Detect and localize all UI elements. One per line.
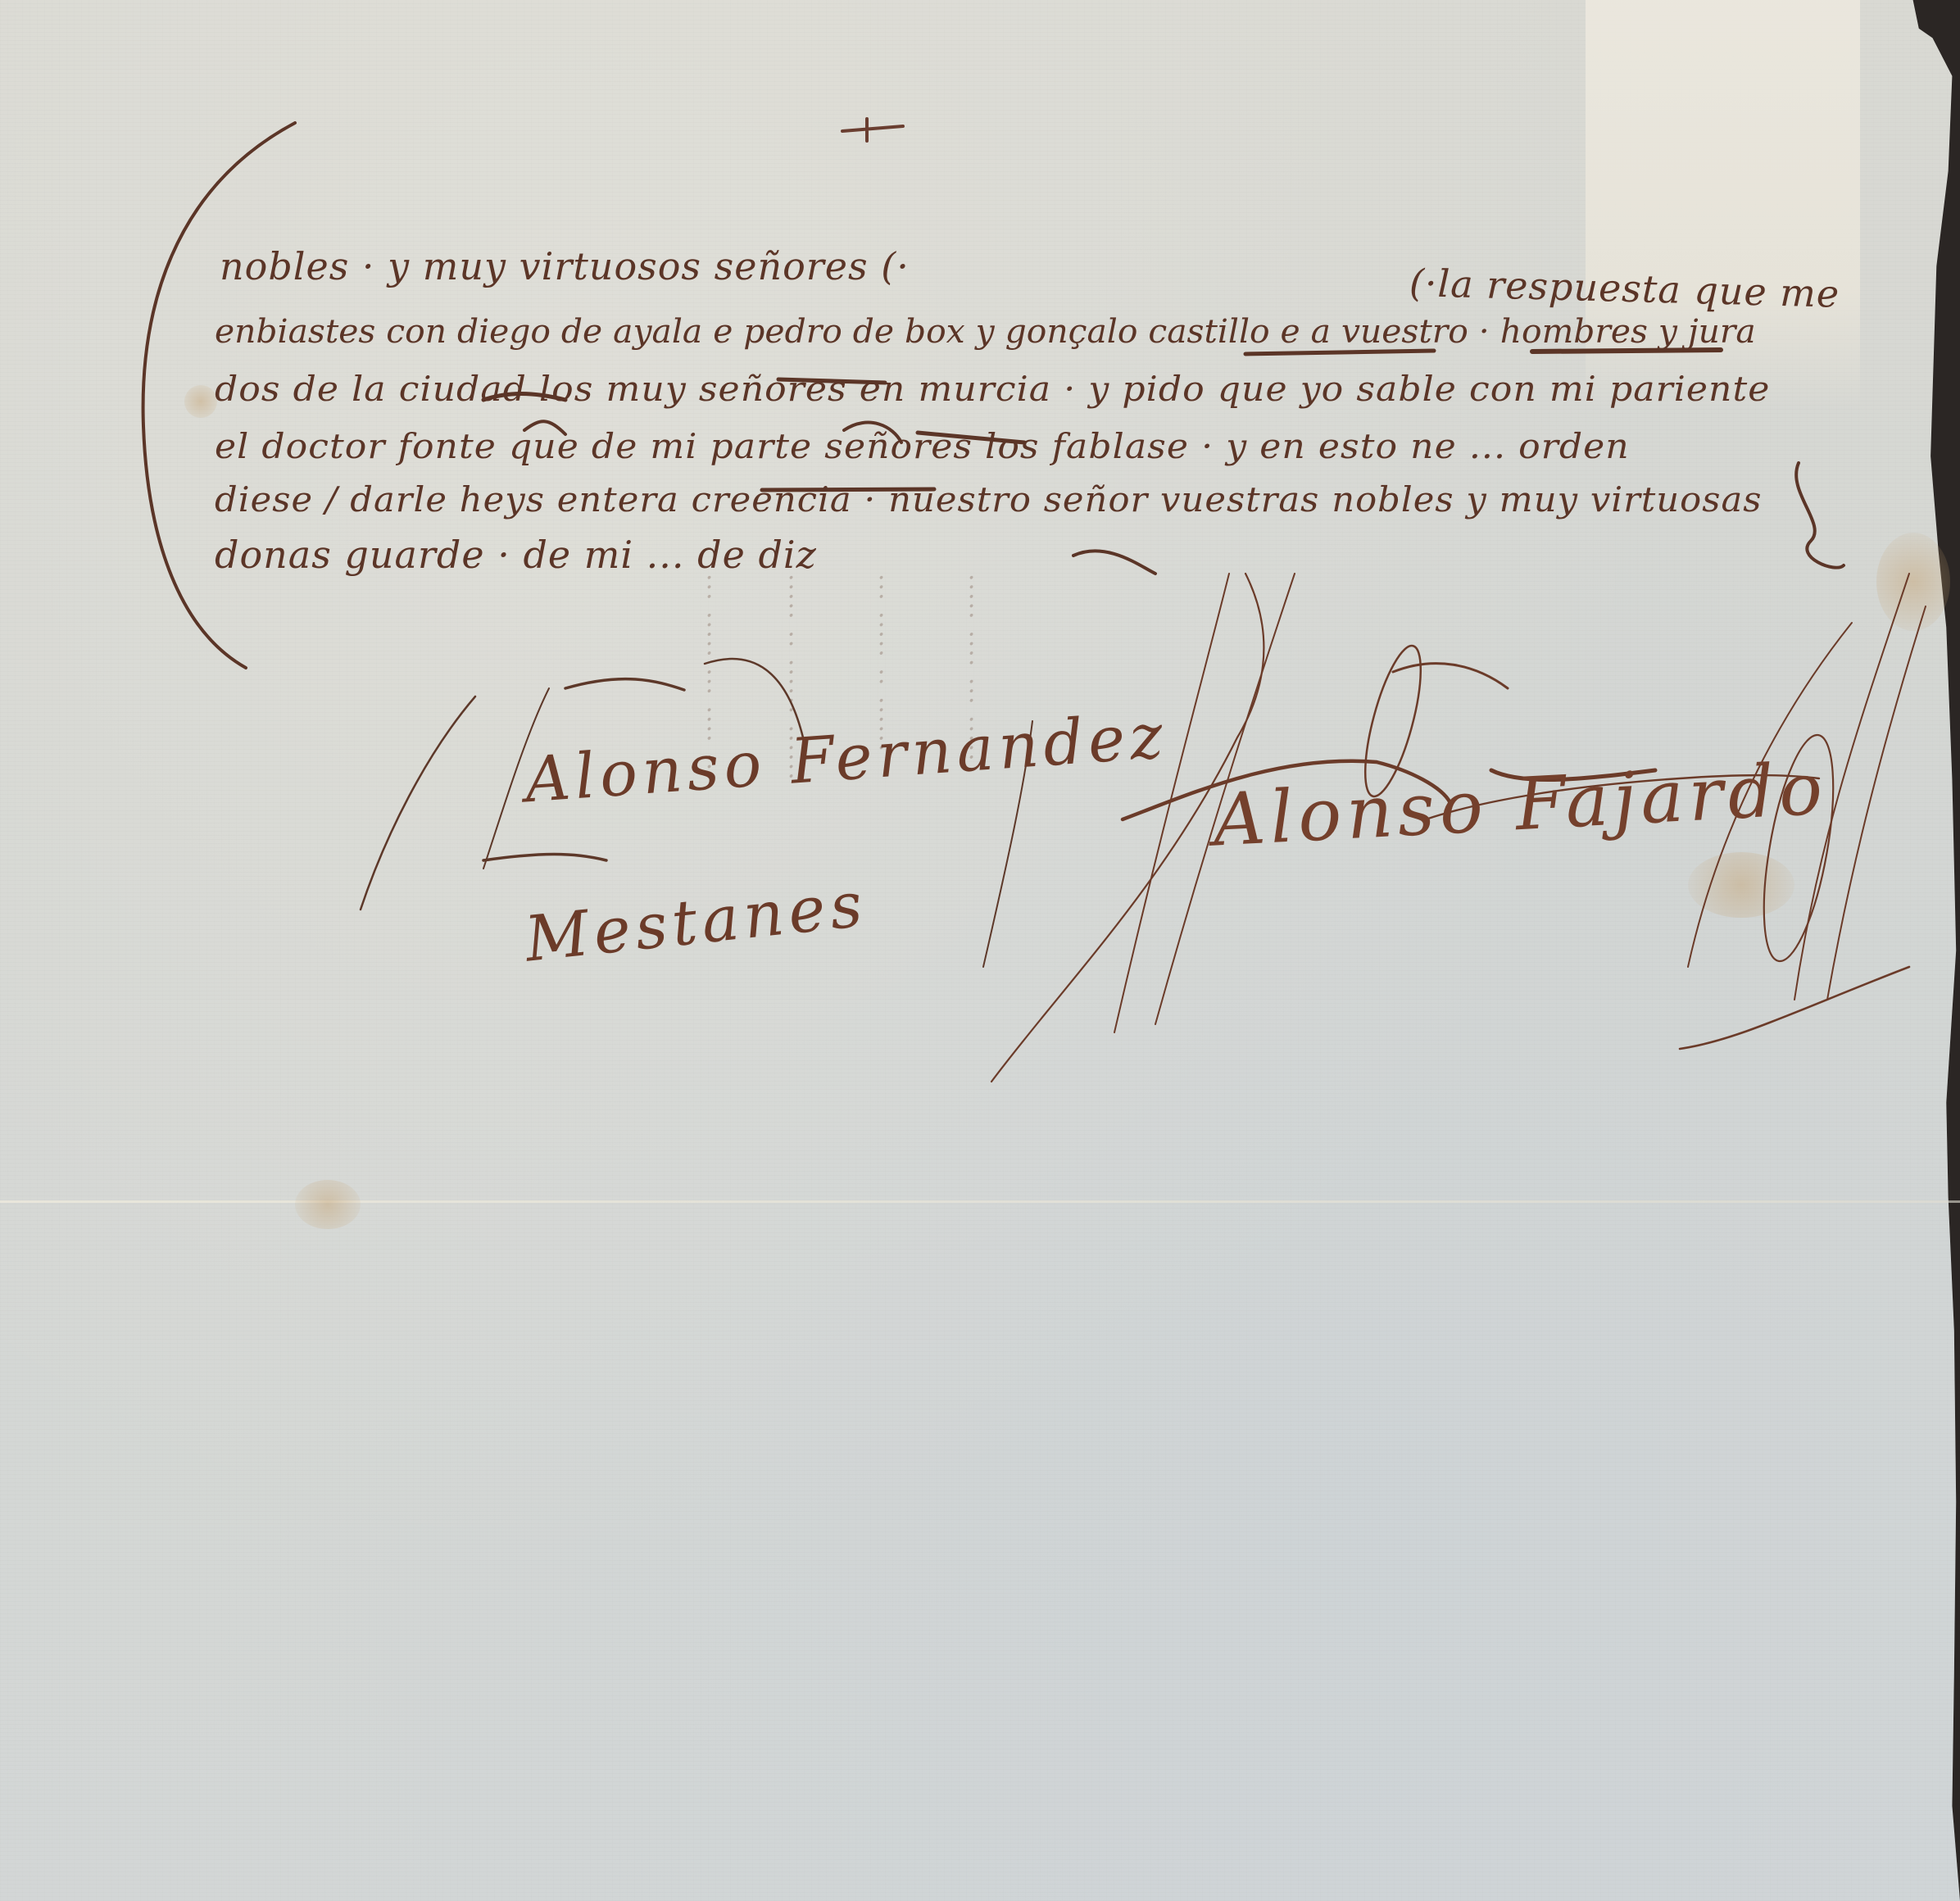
letter-line: el doctor fonte que de mi parte señores …: [215, 426, 1630, 466]
manuscript-page: ... ..... ... .... .... ..... .. ...... …: [0, 0, 1960, 1901]
letter-line: diese / darle heys entera creencia · nue…: [215, 479, 1763, 519]
cross-mark-icon: [842, 119, 903, 141]
letter-line: donas guarde · de mi ... de diz: [215, 533, 817, 577]
letter-line: dos de la ciudad los muy señores en murc…: [215, 369, 1770, 409]
letter-line: enbiastes con diego de ayala e pedro de …: [215, 313, 1756, 351]
salutation-line: nobles · y muy virtuosos señores (·: [220, 244, 910, 288]
left-signature-stroke: [361, 696, 475, 910]
